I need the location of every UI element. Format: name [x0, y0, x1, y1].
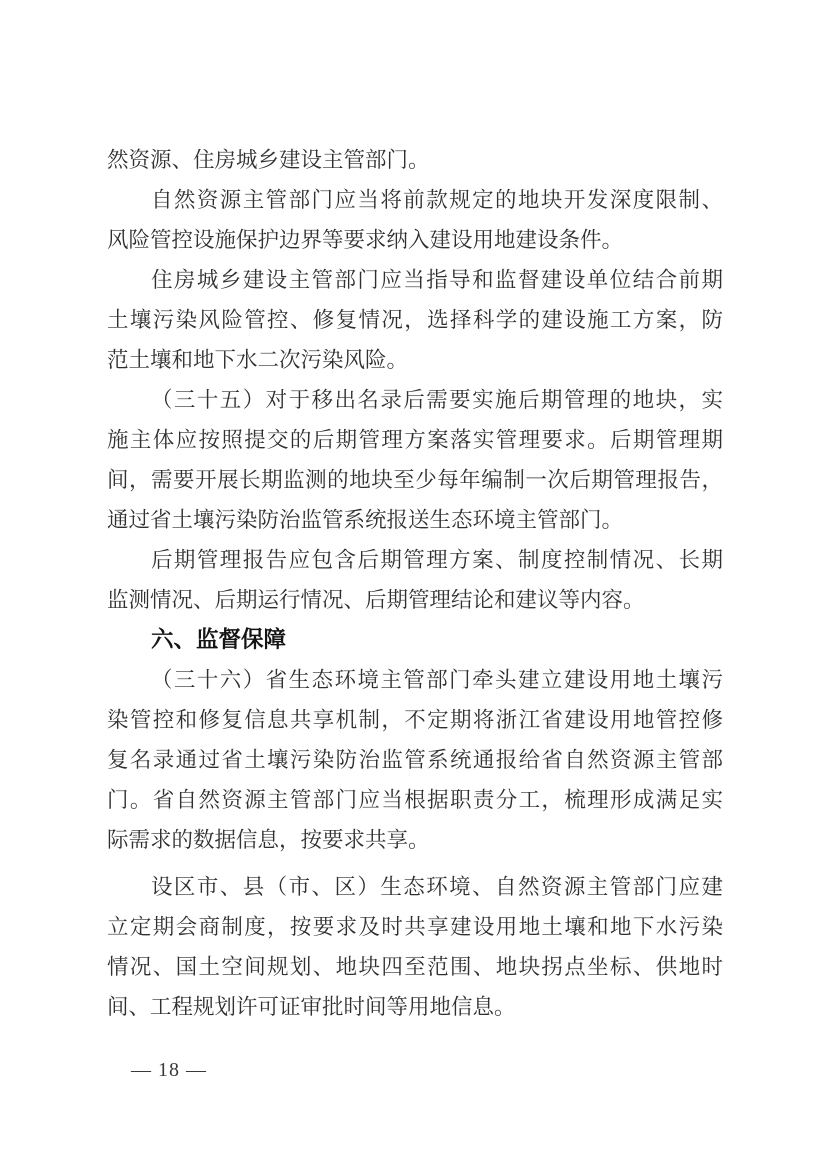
paragraph: 住房城乡建设主管部门应当指导和监督建设单位结合前期土壤污染风险管控、修复情况，选… [107, 260, 723, 380]
text-line: 染管控和修复信息共享机制，不定期将浙江省建设用地管控修 [107, 700, 723, 740]
paragraph: 自然资源主管部门应当将前款规定的地块开发深度限制、风险管控设施保护边界等要求纳入… [107, 180, 723, 260]
text-line: 然资源、住房城乡建设主管部门。 [107, 140, 723, 180]
text-line: 设区市、县（市、区）生态环境、自然资源主管部门应建 [107, 867, 723, 907]
text-line: 门。省自然资源主管部门应当根据职责分工，梳理形成满足实 [107, 780, 723, 820]
paragraph: （三十五）对于移出名录后需要实施后期管理的地块，实施主体应按照提交的后期管理方案… [107, 380, 723, 540]
text-line: （三十五）对于移出名录后需要实施后期管理的地块，实 [107, 380, 723, 420]
document-page: 然资源、住房城乡建设主管部门。自然资源主管部门应当将前款规定的地块开发深度限制、… [0, 0, 826, 1169]
text-line: 施主体应按照提交的后期管理方案落实管理要求。后期管理期 [107, 420, 723, 460]
paragraph: 然资源、住房城乡建设主管部门。 [107, 140, 723, 180]
text-line: 六、监督保障 [107, 620, 723, 660]
text-line: 通过省土壤污染防治监管系统报送生态环境主管部门。 [107, 500, 723, 540]
document-body: 然资源、住房城乡建设主管部门。自然资源主管部门应当将前款规定的地块开发深度限制、… [107, 140, 723, 1027]
text-line: （三十六）省生态环境主管部门牵头建立建设用地土壤污 [107, 660, 723, 700]
paragraph: 设区市、县（市、区）生态环境、自然资源主管部门应建立定期会商制度，按要求及时共享… [107, 867, 723, 1027]
text-line: 土壤污染风险管控、修复情况，选择科学的建设施工方案，防 [107, 300, 723, 340]
text-line: 监测情况、后期运行情况、后期管理结论和建议等内容。 [107, 580, 723, 620]
text-line: 间、工程规划许可证审批时间等用地信息。 [107, 987, 723, 1027]
text-line: 复名录通过省土壤污染防治监管系统通报给省自然资源主管部 [107, 740, 723, 780]
text-line: 间，需要开展长期监测的地块至少每年编制一次后期管理报告， [107, 460, 723, 500]
text-line: 际需求的数据信息，按要求共享。 [107, 820, 723, 860]
text-line: 住房城乡建设主管部门应当指导和监督建设单位结合前期 [107, 260, 723, 300]
paragraph: 后期管理报告应包含后期管理方案、制度控制情况、长期监测情况、后期运行情况、后期管… [107, 540, 723, 620]
section-heading: 六、监督保障 [107, 620, 723, 660]
text-line: 风险管控设施保护边界等要求纳入建设用地建设条件。 [107, 220, 723, 260]
page-number: — 18 — [131, 1055, 207, 1085]
text-line: 自然资源主管部门应当将前款规定的地块开发深度限制、 [107, 180, 723, 220]
text-line: 情况、国土空间规划、地块四至范围、地块拐点坐标、供地时 [107, 947, 723, 987]
text-line: 立定期会商制度，按要求及时共享建设用地土壤和地下水污染 [107, 907, 723, 947]
text-line: 后期管理报告应包含后期管理方案、制度控制情况、长期 [107, 540, 723, 580]
text-line: 范土壤和地下水二次污染风险。 [107, 340, 723, 380]
paragraph: （三十六）省生态环境主管部门牵头建立建设用地土壤污染管控和修复信息共享机制，不定… [107, 660, 723, 860]
page-number-text: — 18 — [131, 1059, 207, 1081]
